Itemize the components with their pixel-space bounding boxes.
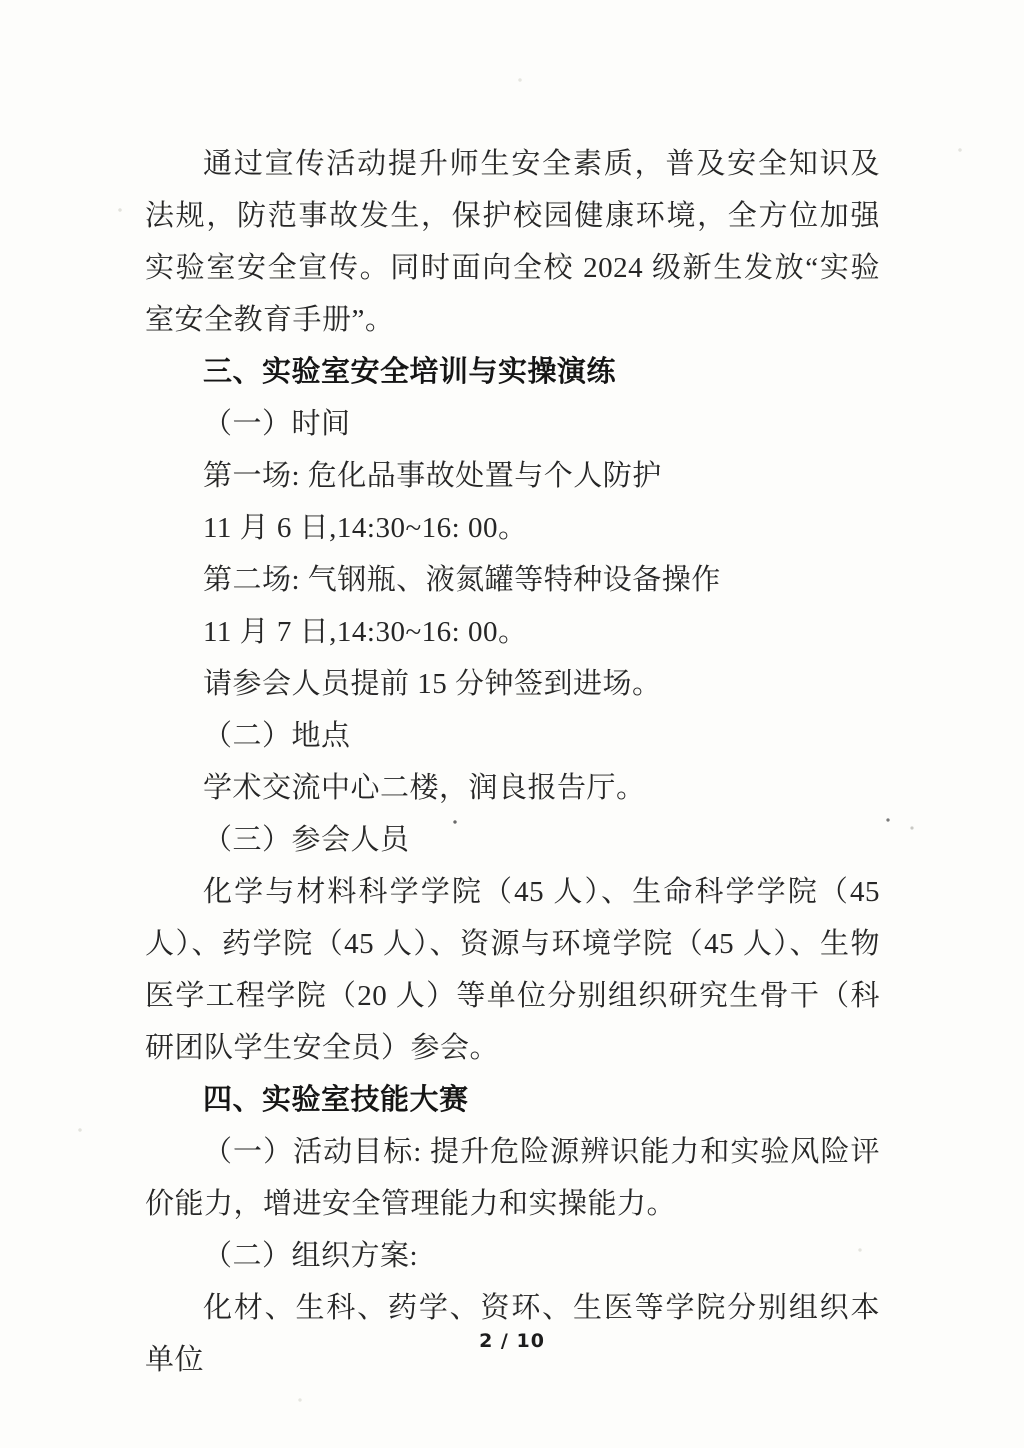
section-heading: 四、实验室技能大赛: [145, 1074, 880, 1126]
document-body: 通过宣传活动提升师生安全素质，普及安全知识及法规，防范事故发生，保护校园健康环境…: [145, 138, 880, 1386]
scanned-document-page: 通过宣传活动提升师生安全素质，普及安全知识及法规，防范事故发生，保护校园健康环境…: [0, 0, 1024, 1448]
paragraph: 请参会人员提前 15 分钟签到进场。: [145, 658, 880, 710]
paragraph: 学术交流中心二楼，润良报告厅。: [145, 762, 880, 814]
paragraph: （二）组织方案:: [145, 1230, 880, 1282]
paragraph: 11 月 7 日,14:30~16: 00。: [145, 606, 880, 658]
paragraph: 通过宣传活动提升师生安全素质，普及安全知识及法规，防范事故发生，保护校园健康环境…: [145, 138, 880, 346]
paragraph: 11 月 6 日,14:30~16: 00。: [145, 502, 880, 554]
paragraph: （二）地点: [145, 710, 880, 762]
paragraph: 第一场: 危化品事故处置与个人防护: [145, 450, 880, 502]
section-heading: 三、实验室安全培训与实操演练: [145, 346, 880, 398]
paragraph: （三）参会人员: [145, 814, 880, 866]
paragraph: （一）时间: [145, 398, 880, 450]
paragraph: 化学与材料科学学院（45 人）、生命科学学院（45 人）、药学院（45 人）、资…: [145, 866, 880, 1074]
paragraph: 第二场: 气钢瓶、液氮罐等特种设备操作: [145, 554, 880, 606]
page-number: 2 / 10: [0, 1330, 1024, 1352]
paragraph: （一）活动目标: 提升危险源辨识能力和实验风险评价能力，增进安全管理能力和实操能…: [145, 1126, 880, 1230]
